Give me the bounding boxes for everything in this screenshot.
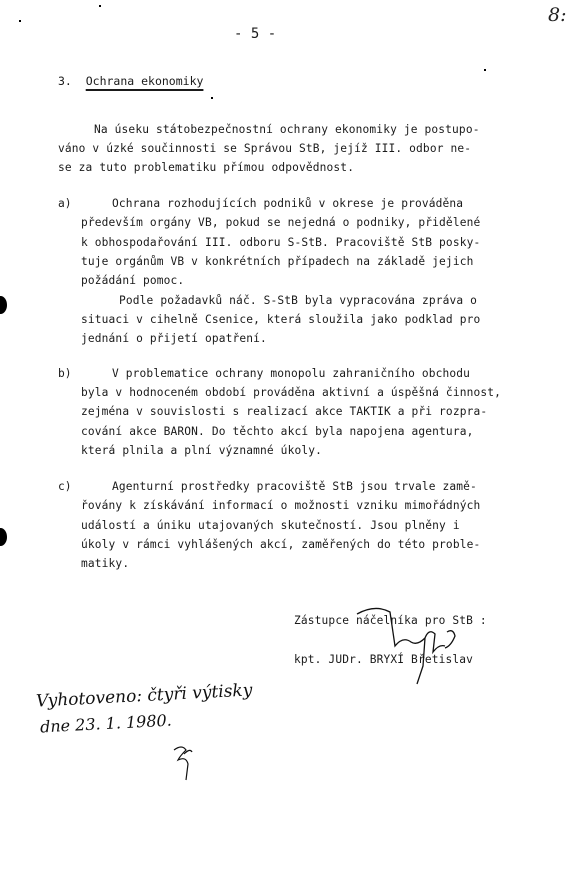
item-c-line: Agenturní prostředky pracoviště StB jsou… (112, 480, 477, 494)
intro-line: váno v úzké součinnosti se Správou StB, … (58, 142, 471, 156)
punch-hole (0, 528, 7, 546)
item-label-b: b) (58, 367, 71, 380)
item-label-c: c) (58, 480, 71, 493)
item-a-line: požádání pomoc. (81, 274, 184, 288)
speck (99, 5, 101, 7)
item-a-line: jednání o přijetí opatření. (81, 332, 267, 346)
handwritten-note-line: dne 23. 1. 1980. (40, 711, 173, 737)
handwritten-initials-icon (172, 742, 196, 782)
page-number: - 5 - (234, 26, 276, 42)
speck (19, 20, 21, 22)
item-a-line: Ochrana rozhodujících podniků v okrese j… (112, 197, 463, 211)
punch-hole (0, 296, 7, 314)
item-b-line: byla v hodnoceném období prováděna aktiv… (81, 386, 501, 400)
item-c-line: matiky. (81, 557, 129, 571)
section-title: Ochrana ekonomiky (86, 74, 204, 88)
section-heading: 3. Ochrana ekonomiky (58, 74, 203, 88)
item-a-line: především orgány VB, pokud se nejedná o … (81, 216, 480, 230)
section-number: 3. (58, 74, 72, 88)
item-a-line: tuje orgánům VB v konkrétních případech … (81, 255, 473, 269)
speck (484, 69, 486, 71)
item-b-line: V problematice ochrany monopolu zahranič… (112, 367, 470, 381)
speck (211, 97, 213, 99)
item-c-line: úkoly v rámci vyhlášených akcí, zaměřený… (81, 538, 480, 552)
intro-line: se za tuto problematiku přímou odpovědno… (58, 161, 354, 175)
item-c-line: událostí a úniku utajovaných skutečností… (81, 519, 460, 533)
item-b-line: cování akce BARON. Do těchto akcí byla n… (81, 425, 473, 439)
item-label-a: a) (58, 197, 71, 210)
intro-line: Na úseku státobezpečnostní ochrany ekono… (94, 123, 480, 137)
item-a-line: Podle požadavků náč. S-StB byla vypracov… (119, 294, 477, 308)
item-c-line: řovány k získávání informací o možnosti … (81, 499, 480, 513)
item-b-line: která plnila a plní významné úkoly. (81, 444, 322, 458)
handwritten-note-line: Vyhotoveno: čtyři výtisky (36, 680, 253, 711)
item-a-line: k obhospodařování III. odboru S-StB. Pra… (81, 236, 480, 250)
item-a-line: situaci v cihelně Csenice, která sloužil… (81, 313, 480, 327)
document-page: 8: - 5 - 3. Ochrana ekonomiky Na úseku s… (0, 0, 588, 879)
handwritten-signature-icon (355, 606, 475, 686)
item-b-line: zejména v souvislosti s realizací akce T… (81, 405, 487, 419)
folio-mark: 8: (548, 4, 567, 26)
